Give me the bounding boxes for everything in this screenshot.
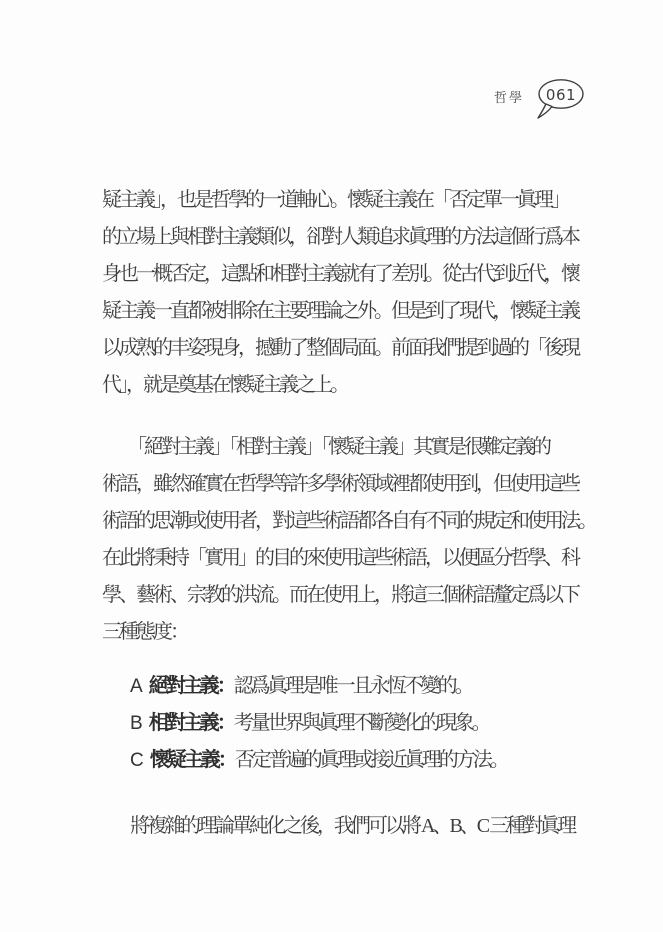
- definition-letter: B: [130, 713, 143, 734]
- definition-term: 懷疑主義: [150, 749, 218, 771]
- page-header: 哲學 061: [0, 78, 586, 124]
- book-page: { "header": { "section_label": "哲學", "pa…: [0, 0, 663, 932]
- paragraph-1: 疑主義」，也是哲學的一道軸心。懷疑主義在「否定單一眞理」 的立場上與相對主義類似…: [102, 182, 582, 404]
- definition-description: 否定普遍的眞理或接近眞理的方法。: [235, 749, 507, 771]
- definition-colon: ：: [218, 749, 235, 771]
- text-line: 在此將秉持「實用」的目的來使用這些術語，以便區分哲學、科: [102, 540, 582, 577]
- text-line: 疑主義」，也是哲學的一道軸心。懷疑主義在「否定單一眞理」: [102, 182, 582, 219]
- definition-colon: ：: [217, 712, 234, 734]
- definition-item-relativism: B相對主義：考量世界與眞理不斷變化的現象。: [130, 705, 610, 742]
- page-number: 061: [539, 81, 583, 108]
- text-line: 代」，就是奠基在懷疑主義之上。: [102, 367, 582, 404]
- definition-description: 考量世界與眞理不斷變化的現象。: [234, 712, 489, 734]
- definition-term: 絕對主義: [149, 675, 217, 697]
- text-line: 三種態度：: [102, 614, 582, 651]
- text-line: 將複雜的理論單純化之後，我們可以將 A、B、C 三種對眞理: [102, 808, 582, 845]
- section-label: 哲學: [494, 87, 524, 106]
- definition-term: 相對主義: [149, 712, 217, 734]
- definition-letter: C: [130, 750, 144, 771]
- text-line: 術語，雖然確實在哲學等許多學術領域裡都使用到，但使用這些: [102, 466, 582, 503]
- definition-item-absolutism: A絕對主義：認爲眞理是唯一且永恆不變的。: [130, 668, 610, 705]
- closing-paragraph: 將複雜的理論單純化之後，我們可以將 A、B、C 三種對眞理: [102, 808, 582, 845]
- text-line: 疑主義一直都被排除在主要理論之外。但是到了現代，懷疑主義: [102, 293, 582, 330]
- definition-letter: A: [130, 676, 143, 697]
- text-line: 「絕對主義」「相對主義」「懷疑主義」其實是很難定義的: [102, 429, 582, 466]
- text-line: 以成熟的丰姿現身，撼動了整個局面。前面我們提到過的「後現: [102, 330, 582, 367]
- text-line: 身也一概否定，這點和相對主義就有了差別。從古代到近代，懷: [102, 256, 582, 293]
- paragraph-2: 「絕對主義」「相對主義」「懷疑主義」其實是很難定義的 術語，雖然確實在哲學等許多…: [102, 429, 582, 651]
- definition-list: A絕對主義：認爲眞理是唯一且永恆不變的。 B相對主義：考量世界與眞理不斷變化的現…: [130, 668, 610, 779]
- page-number-bubble: 061: [536, 78, 586, 124]
- text-line: 學、藝術、宗教的洪流。而在使用上，將這三個術語釐定爲以下: [102, 577, 582, 614]
- definition-colon: ：: [217, 675, 234, 697]
- text-line: 術語的思潮或使用者，對這些術語都各自有不同的規定和使用法。: [102, 503, 582, 540]
- definition-item-skepticism: C懷疑主義：否定普遍的眞理或接近眞理的方法。: [130, 742, 610, 779]
- definition-description: 認爲眞理是唯一且永恆不變的。: [234, 675, 472, 697]
- text-line: 的立場上與相對主義類似，卻對人類追求眞理的方法這個行爲本: [102, 219, 582, 256]
